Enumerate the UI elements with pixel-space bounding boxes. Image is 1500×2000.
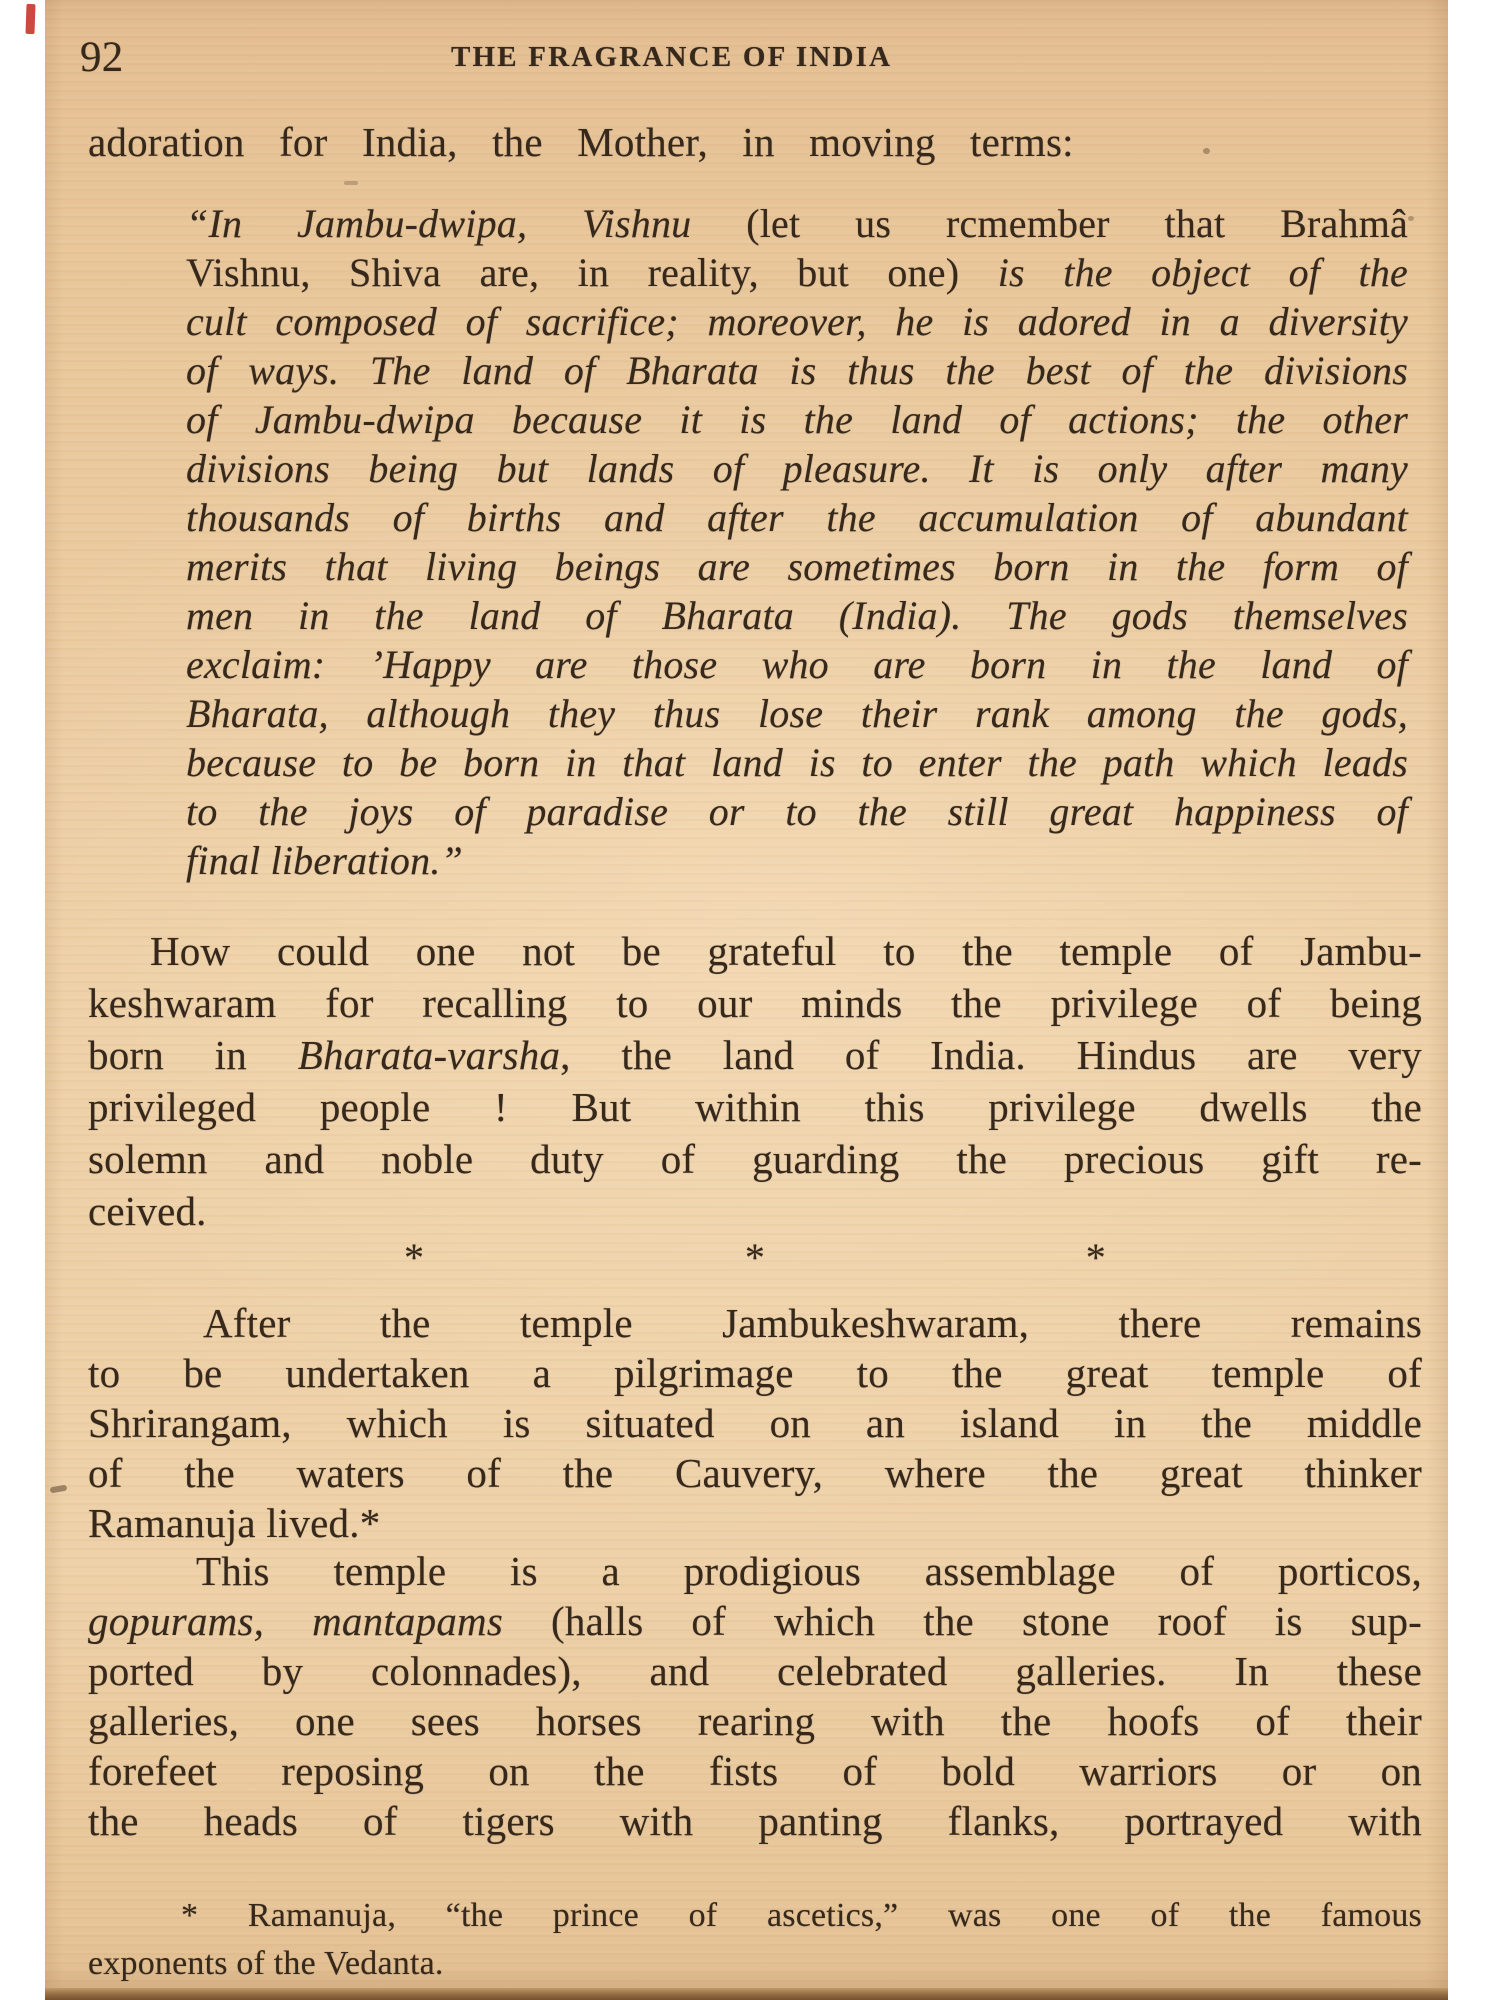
text-segment: After the temple Jambukeshwaram, there r… [203,1300,1422,1346]
text-line: adoration for India, the Mother, in movi… [88,116,1422,168]
text-segment: Ramanuja lived.* [88,1500,380,1546]
text-line: of ways. The land of Bharata is thus the… [186,346,1408,395]
text-segment: adoration for India, the Mother, in movi… [88,119,1074,165]
italic-text-segment: exclaim: ’Happy are those who are born i… [186,642,1408,687]
ink-speck [1408,216,1414,221]
italic-text-segment: gopurams, mantapams [88,1598,503,1644]
text-segment: ported by colonnades), and celebrated ga… [88,1648,1422,1694]
text-line: merits that living beings are sometimes … [186,542,1408,591]
italic-text-segment: “In Jambu-dwipa, Vishnu [186,201,691,246]
asterisk-divider: * * * [404,1236,1106,1280]
text-line: ceived. [88,1185,1422,1237]
text-line: final liberation.” [186,836,1408,885]
italic-text-segment: divisions being but lands of pleasure. I… [186,446,1408,491]
text-segment: ceived. [88,1188,207,1234]
text-line: Ramanuja lived.* [88,1498,1422,1548]
text-line: of Jambu-dwipa because it is the land of… [186,395,1408,444]
text-segment: born in [88,1032,298,1078]
text-line: thousands of births and after the accumu… [186,493,1408,542]
text-segment: exponents of the Vedanta. [88,1945,444,1982]
text-segment: solemn and noble duty of guarding the pr… [88,1136,1422,1182]
text-segment: forefeet reposing on the fists of bold w… [88,1748,1422,1794]
italic-text-segment: to the joys of paradise or to the still … [186,789,1408,834]
text-line: exclaim: ’Happy are those who are born i… [186,640,1408,689]
text-segment: galleries, one sees horses rearing with … [88,1698,1422,1744]
page-number: 92 [80,34,123,82]
italic-text-segment: Bharata, although they thus lose their r… [186,691,1408,736]
italic-text-segment: final liberation.” [186,838,463,883]
text-segment: Shrirangam, which is situated on an isla… [88,1400,1422,1446]
scanned-book-page: { "page": { "number": "92", "header_titl… [0,0,1500,2000]
text-segment: How could one not be grateful to the tem… [150,928,1422,974]
italic-text-segment: thousands of births and after the accumu… [186,495,1408,540]
text-segment: This temple is a prodigious assemblage o… [196,1548,1422,1594]
text-segment: * Ramanuja, “the prince of ascetics,” wa… [181,1897,1422,1934]
text-line: to be undertaken a pilgrimage to the gre… [88,1348,1422,1398]
text-line: “In Jambu-dwipa, Vishnu (let us rcmember… [186,199,1408,248]
text-line: men in the land of Bharata (India). The … [186,591,1408,640]
text-line: exponents of the Vedanta. [88,1940,1422,1988]
italic-text-segment: of ways. The land of Bharata is thus the… [186,348,1408,393]
paragraph-this-temple: This temple is a prodigious assemblage o… [88,1546,1422,1846]
text-segment: (halls of which the stone roof is sup- [503,1598,1422,1644]
text-line: solemn and noble duty of guarding the pr… [88,1133,1422,1185]
text-segment: privileged people ! But within this priv… [88,1084,1422,1130]
text-segment: (let us rcmember that Brahmâ [691,201,1408,246]
block-quote: “In Jambu-dwipa, Vishnu (let us rcmember… [186,199,1408,885]
intro-paragraph: adoration for India, the Mother, in movi… [88,116,1422,168]
text-segment: the heads of tigers with panting flanks,… [88,1798,1422,1844]
text-segment: keshwaram for recalling to our minds the… [88,980,1422,1026]
italic-text-segment: men in the land of Bharata (India). The … [186,593,1408,638]
page-edge-shadow [45,1988,1448,2000]
footnote: * Ramanuja, “the prince of ascetics,” wa… [88,1892,1422,1988]
italic-text-segment: Bharata-varsha [298,1032,560,1078]
text-line: ported by colonnades), and celebrated ga… [88,1646,1422,1696]
text-segment: of the waters of the Cauvery, where the … [88,1450,1422,1496]
text-segment: , the land of India. Hindus are very [560,1032,1422,1078]
text-line: the heads of tigers with panting flanks,… [88,1796,1422,1846]
text-line: because to be born in that land is to en… [186,738,1408,787]
paragraph-grateful: How could one not be grateful to the tem… [88,925,1422,1237]
text-segment: Vishnu, Shiva are, in reality, but one) [186,250,998,295]
text-line: of the waters of the Cauvery, where the … [88,1448,1422,1498]
text-line: Shrirangam, which is situated on an isla… [88,1398,1422,1448]
text-segment: to be undertaken a pilgrimage to the gre… [88,1350,1422,1396]
text-line: Bharata, although they thus lose their r… [186,689,1408,738]
running-header-title: THE FRAGRANCE OF INDIA [451,40,892,74]
text-line: to the joys of paradise or to the still … [186,787,1408,836]
ink-speck [344,181,358,185]
text-line: * Ramanuja, “the prince of ascetics,” wa… [88,1892,1422,1940]
italic-text-segment: merits that living beings are sometimes … [186,544,1408,589]
text-line: forefeet reposing on the fists of bold w… [88,1746,1422,1796]
paragraph-after-temple: After the temple Jambukeshwaram, there r… [88,1298,1422,1548]
text-line: galleries, one sees horses rearing with … [88,1696,1422,1746]
asterisk: * [1086,1236,1106,1280]
italic-text-segment: is the object of the [998,250,1408,295]
text-line: How could one not be grateful to the tem… [88,925,1422,977]
text-line: cult composed of sacrifice; moreover, he… [186,297,1408,346]
text-line: keshwaram for recalling to our minds the… [88,977,1422,1029]
italic-text-segment: cult composed of sacrifice; moreover, he… [186,299,1408,344]
asterisk: * [404,1236,424,1280]
text-line: privileged people ! But within this priv… [88,1081,1422,1133]
text-line: gopurams, mantapams (halls of which the … [88,1596,1422,1646]
italic-text-segment: because to be born in that land is to en… [186,740,1408,785]
text-line: This temple is a prodigious assemblage o… [88,1546,1422,1596]
text-line: divisions being but lands of pleasure. I… [186,444,1408,493]
text-line: After the temple Jambukeshwaram, there r… [88,1298,1422,1348]
text-line: born in Bharata-varsha, the land of Indi… [88,1029,1422,1081]
red-pen-mark [25,4,35,34]
text-line: Vishnu, Shiva are, in reality, but one) … [186,248,1408,297]
asterisk: * [745,1236,765,1280]
italic-text-segment: of Jambu-dwipa because it is the land of… [186,397,1408,442]
